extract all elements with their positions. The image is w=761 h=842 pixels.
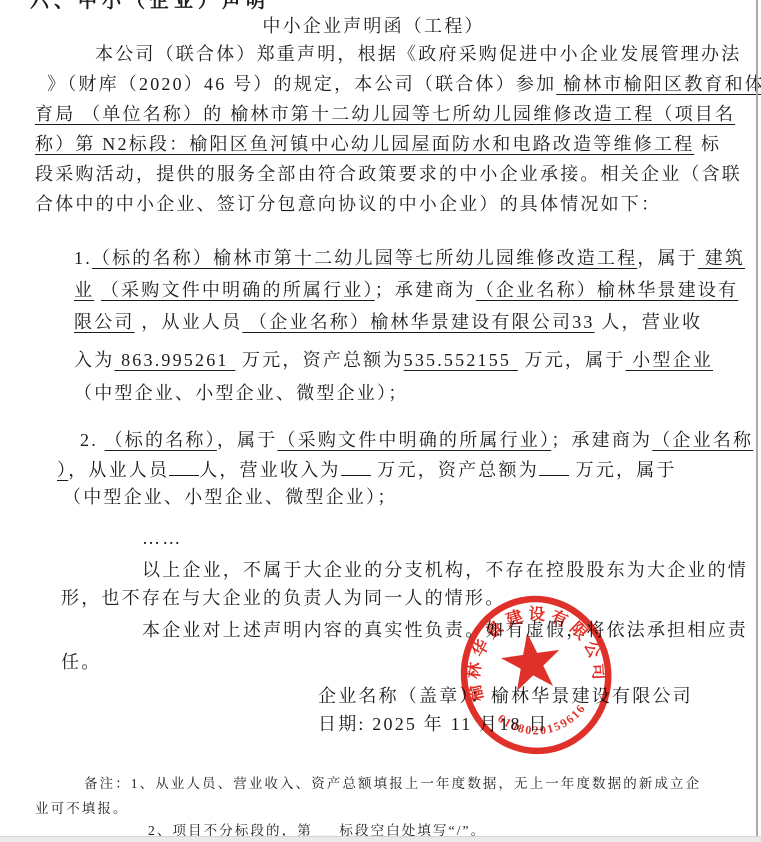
clipped-heading: 六、中小（企业）声明 [30,0,270,13]
text: 人，营业收入为 [199,460,340,480]
text [94,280,101,300]
item1-line: （中型企业、小型企业、微型企业）； [74,383,408,404]
text: 万元，属于 [569,460,677,480]
blank-underline [341,459,371,476]
text: 段采购活动，提供的服务全部由符合政策要求的中小企业承接。相关企业（含联 [35,164,742,184]
page-title: 中小企业声明函（工程） [0,16,747,37]
text: ；承建商为 [551,430,652,450]
page-edge-right [756,0,758,842]
body-line: 本公司（联合体）郑重声明，根据《政府采购促进中小企业发展管理办法 [95,44,741,65]
filled-blank: 业 [74,280,94,300]
filled-blank: （采购文件中明确的所属行业） [101,280,375,300]
text: 入为 [74,350,114,370]
blank-underline [169,459,199,476]
text: 2. [80,430,105,450]
filled-blank: 榆林市榆阳区教育和体 [556,74,761,94]
text: 万元，资产总额为 [371,460,539,480]
empty-template-blank: ） [57,460,68,480]
blank-underline [539,459,569,476]
closing-line: 任。 [61,652,101,673]
ellipsis-line: …… [142,528,182,549]
text: …… [142,528,182,548]
page-edge-bottom [0,836,761,842]
empty-template-blank: （企业名称 [652,430,753,450]
company-seal: 榆林华景建设有限公司 6108020159616 [440,578,632,770]
closing-line: 以上企业，不属于大企业的分支机构，不存在控股股东为大企业的情 [142,560,748,581]
item2-line: ），从业人员人，营业收入为 万元，资产总额为 万元，属于 [57,459,677,481]
text: ，属于 [217,430,278,450]
text: 备注：1、从业人员、营业收入、资产总额填报上一年度数据，无上一年度数据的新成立企 [84,776,701,791]
text: 以上企业，不属于大企业的分支机构，不存在控股股东为大企业的情 [142,560,748,580]
item2-line: 2. （标的名称），属于（采购文件中明确的所属行业）；承建商为（企业名称 [80,430,753,451]
text: 业可不填报。 [35,801,129,816]
filled-blank: 建筑 [698,248,745,268]
body-line: 合体中的中小企业、签订分包意向协议的中小企业）的具体情况如下： [35,194,661,215]
closing-line: 形，也不存在与大企业的负责人为同一人的情形。 [61,588,505,609]
filled-blank: （标的名称）榆林市第十二幼儿园等七所幼儿园维修改造工程 [92,248,637,268]
body-line: 》（财库（2020）46 号）的规定，本公司（联合体）参加 榆林市榆阳区教育和体 [47,74,761,95]
body-line: 段采购活动，提供的服务全部由符合政策要求的中小企业承接。相关企业（含联 [35,164,742,185]
item1-line: 限公司 ，从业人员 （企业名称）榆林华景建设有限公司33 人，营业收 [74,312,702,333]
text: ，属于 [637,248,698,268]
text: 人，营业收 [595,312,703,332]
item2-line: （中型企业、小型企业、微型企业）； [63,487,397,508]
enterprise-type: 小型企业 [626,350,714,370]
empty-template-blank: （采购文件中明确的所属行业） [277,430,551,450]
filled-blank: 限公司 [74,312,135,332]
note-line: 业可不填报。 [35,798,129,819]
text: 标 [694,134,721,154]
text: 万元，资产总额为 [235,350,403,370]
filled-blank: 称）第 N2标段：榆阳区鱼河镇中心幼儿园屋面防水和电路改造等维修工程 [35,134,694,154]
text: 本公司（联合体）郑重声明，根据《政府采购促进中小企业发展管理办法 [95,44,741,64]
text: 形，也不存在与大企业的负责人为同一人的情形。 [61,588,505,608]
text: ，从业人员 [68,460,169,480]
body-line: 称）第 N2标段：榆阳区鱼河镇中心幼儿园屋面防水和电路改造等维修工程 标 [35,134,721,155]
text: ；承建商为 [375,280,476,300]
item1-line: 业 （采购文件中明确的所属行业）；承建商为（企业名称）榆林华景建设有 [74,280,738,301]
text: 1. [74,248,92,268]
text: （中型企业、小型企业、微型企业）； [74,383,408,403]
seal-star [498,629,564,693]
item1-line: 入为 863.995261 万元，资产总额为535.552155 万元，属于 小… [74,350,713,371]
text: 合体中的中小企业、签订分包意向协议的中小企业）的具体情况如下： [35,194,661,214]
revenue-value: 863.995261 [114,350,235,370]
text: 任。 [61,652,101,672]
text: ，从业人员 [135,312,243,332]
filled-blank: 育局 （单位名称）的 榆林市第十二幼儿园等七所幼儿园维修改造工程（项目名 [35,104,735,124]
text: 万元，属于 [518,350,626,370]
body-line: 育局 （单位名称）的 榆林市第十二幼儿园等七所幼儿园维修改造工程（项目名 [35,104,735,125]
empty-template-blank: （标的名称） [105,430,217,450]
item1-line: 1.（标的名称）榆林市第十二幼儿园等七所幼儿园维修改造工程，属于 建筑 [74,248,745,269]
assets-value: 535.552155 [404,350,518,370]
filled-blank: （企业名称）榆林华景建设有 [476,280,739,300]
filled-blank: （企业名称）榆林华景建设有限公司33 [242,312,594,332]
text: （中型企业、小型企业、微型企业）； [63,487,397,507]
text: 》（财库（2020）46 号）的规定，本公司（联合体）参加 [47,74,556,94]
note-line: 备注：1、从业人员、营业收入、资产总额填报上一年度数据，无上一年度数据的新成立企 [84,773,701,794]
